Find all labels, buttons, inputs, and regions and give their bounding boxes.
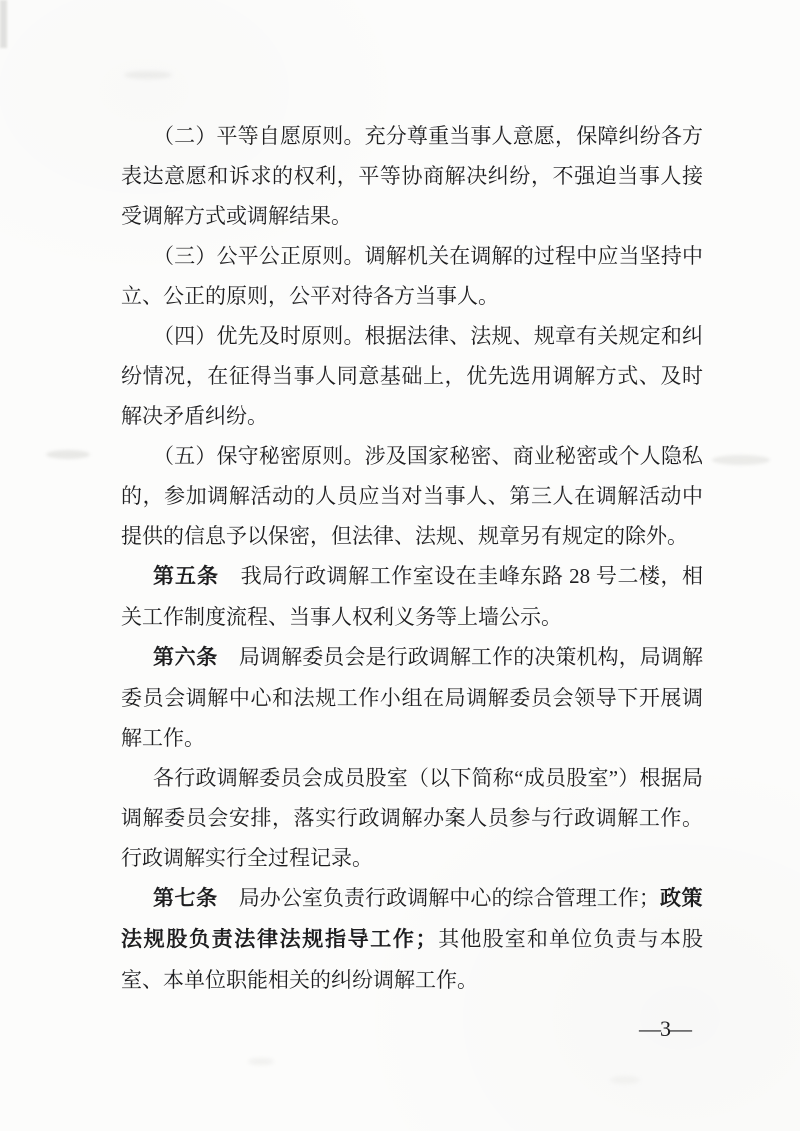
scan-artifact [0, 0, 7, 48]
paragraph-text: （二）平等自愿原则。充分尊重当事人意愿，保障纠纷各方表达意愿和诉求的权利，平等协… [121, 124, 703, 228]
paragraph-article-7: 第七条 局办公室负责行政调解中心的综合管理工作；政策法规股负责法律法规指导工作；… [121, 878, 703, 1000]
scanned-document-page: （二）平等自愿原则。充分尊重当事人意愿，保障纠纷各方表达意愿和诉求的权利，平等协… [0, 0, 800, 1131]
paragraph-article-5: 第五条 我局行政调解工作室设在圭峰东路 28 号二楼，相关工作制度流程、当事人权… [121, 556, 703, 637]
scan-artifact [124, 71, 172, 79]
paragraph-text: 局办公室负责行政调解中心的综合管理工作； [218, 886, 660, 910]
paragraph-text: （四）优先及时原则。根据法律、法规、规章有关规定和纠纷情况，在征得当事人同意基础… [121, 324, 703, 428]
paragraph-text: 各行政调解委员会成员股室（以下简称“成员股室”）根据局调解委员会安排，落实行政调… [121, 766, 703, 870]
paragraph-principle-2: （二）平等自愿原则。充分尊重当事人意愿，保障纠纷各方表达意愿和诉求的权利，平等协… [121, 116, 703, 236]
scan-artifact [46, 450, 90, 459]
article-number-label: 第五条 [153, 565, 219, 588]
document-body: （二）平等自愿原则。充分尊重当事人意愿，保障纠纷各方表达意愿和诉求的权利，平等协… [121, 116, 703, 1000]
paragraph-principle-4: （四）优先及时原则。根据法律、法规、规章有关规定和纠纷情况，在征得当事人同意基础… [121, 316, 703, 436]
paragraph-article-6: 第六条 局调解委员会是行政调解工作的决策机构，局调解委员会调解中心和法规工作小组… [121, 637, 703, 758]
article-number-label: 第七条 [153, 887, 218, 910]
article-number-label: 第六条 [153, 646, 218, 669]
page-number: —3— [630, 1016, 700, 1042]
paragraph-text: （三）公平公正原则。调解机关在调解的过程中应当坚持中立、公正的原则，公平对待各方… [121, 244, 703, 308]
paragraph-member-offices: 各行政调解委员会成员股室（以下简称“成员股室”）根据局调解委员会安排，落实行政调… [121, 758, 703, 878]
paragraph-principle-5: （五）保守秘密原则。涉及国家秘密、商业秘密或个人隐私的，参加调解活动的人员应当对… [121, 436, 703, 556]
paragraph-principle-3: （三）公平公正原则。调解机关在调解的过程中应当坚持中立、公正的原则，公平对待各方… [121, 236, 703, 316]
scan-artifact [248, 1058, 274, 1065]
paragraph-text: （五）保守秘密原则。涉及国家秘密、商业秘密或个人隐私的，参加调解活动的人员应当对… [121, 444, 703, 548]
scan-artifact [610, 1076, 640, 1084]
scan-artifact [712, 455, 770, 465]
